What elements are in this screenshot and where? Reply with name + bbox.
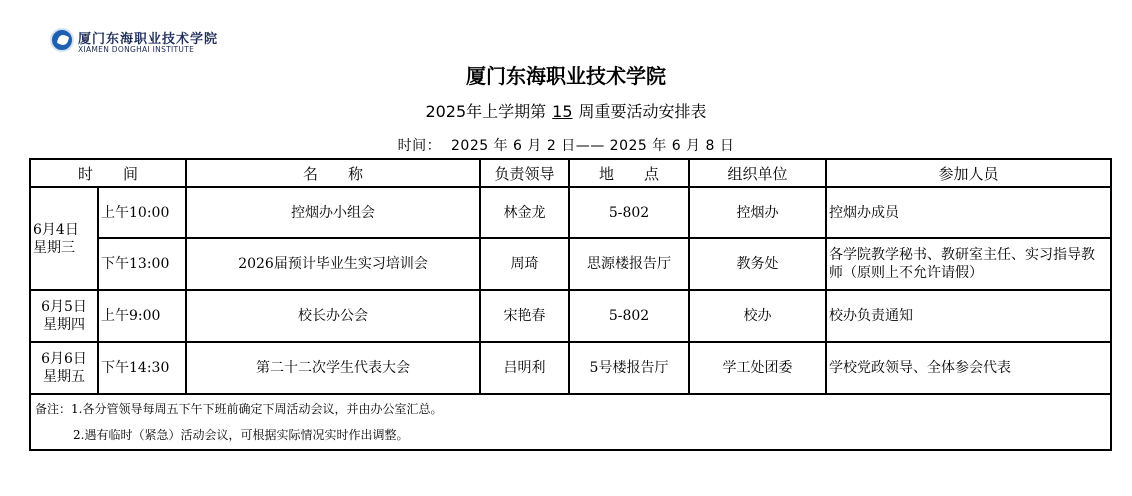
column-header-name: 名 称 (186, 159, 480, 187)
weekday-label: 星期三 (33, 239, 93, 257)
weekday-label: 星期五 (35, 368, 93, 386)
note-2: 2.遇有临时（紧急）活动会议，可根据实际情况实时作出调整。 (35, 422, 1106, 448)
notes-row: 备注：1.各分管领导每周五下午下班前确定下周活动会议，并由办公室汇总。 2.遇有… (30, 394, 1111, 450)
table-row: 6月4日 星期三 上午10:00 控烟办小组会 林金龙 5-802 控烟办 控烟… (30, 187, 1111, 238)
document-title: 厦门东海职业技术学院 (0, 60, 1132, 89)
time-cell: 下午13:00 (98, 238, 186, 290)
column-header-leader: 负责领导 (480, 159, 569, 187)
logo-name-en: XIAMEN DONGHAI INSTITUTE (78, 45, 194, 54)
leader-cell: 周琦 (480, 238, 569, 290)
event-name-cell: 第二十二次学生代表大会 (186, 342, 480, 394)
date-range: 时间： 2025 年 6 月 2 日—— 2025 年 6 月 8 日 (0, 135, 1132, 155)
location-cell: 5-802 (569, 290, 689, 342)
week-number: 15 (546, 102, 578, 121)
weekday-label: 星期四 (35, 316, 93, 334)
date-cell: 6月4日 星期三 (30, 187, 98, 290)
school-emblem-icon (50, 28, 74, 52)
table-row: 下午13:00 2026届预计毕业生实习培训会 周琦 思源楼报告厅 教务处 各学… (30, 238, 1111, 290)
column-header-participants: 参加人员 (826, 159, 1111, 187)
location-cell: 5-802 (569, 187, 689, 238)
school-logo: 厦门东海职业技术学院 XIAMEN DONGHAI INSTITUTE (50, 28, 210, 56)
notes-cell: 备注：1.各分管领导每周五下午下班前确定下周活动会议，并由办公室汇总。 2.遇有… (30, 394, 1111, 450)
date-cell: 6月6日 星期五 (30, 342, 98, 394)
leader-cell: 宋艳春 (480, 290, 569, 342)
document-subtitle: 2025年上学期第15周重要活动安排表 (0, 99, 1132, 122)
table-header-row: 时 间 名 称 负责领导 地 点 组织单位 参加人员 (30, 159, 1111, 187)
organizer-cell: 校办 (689, 290, 826, 342)
organizer-cell: 教务处 (689, 238, 826, 290)
participants-cell: 控烟办成员 (826, 187, 1111, 238)
participants-cell: 校办负责通知 (826, 290, 1111, 342)
time-cell: 上午9:00 (98, 290, 186, 342)
note-1: 备注：1.各分管领导每周五下午下班前确定下周活动会议，并由办公室汇总。 (35, 396, 1106, 422)
event-name-cell: 2026届预计毕业生实习培训会 (186, 238, 480, 290)
column-header-organizer: 组织单位 (689, 159, 826, 187)
location-cell: 5号楼报告厅 (569, 342, 689, 394)
time-cell: 下午14:30 (98, 342, 186, 394)
organizer-cell: 学工处团委 (689, 342, 826, 394)
location-cell: 思源楼报告厅 (569, 238, 689, 290)
column-header-time: 时 间 (30, 159, 186, 187)
event-name-cell: 控烟办小组会 (186, 187, 480, 238)
date-label: 6月6日 (35, 350, 93, 368)
time-cell: 上午10:00 (98, 187, 186, 238)
subtitle-prefix: 2025年上学期第 (425, 102, 546, 121)
subtitle-suffix: 周重要活动安排表 (579, 102, 707, 121)
date-cell: 6月5日 星期四 (30, 290, 98, 342)
date-label: 6月5日 (35, 298, 93, 316)
table-row: 6月6日 星期五 下午14:30 第二十二次学生代表大会 吕明利 5号楼报告厅 … (30, 342, 1111, 394)
leader-cell: 吕明利 (480, 342, 569, 394)
table-row: 6月5日 星期四 上午9:00 校长办公会 宋艳春 5-802 校办 校办负责通… (30, 290, 1111, 342)
participants-cell: 各学院教学秘书、教研室主任、实习指导教师（原则上不允许请假） (826, 238, 1111, 290)
organizer-cell: 控烟办 (689, 187, 826, 238)
schedule-table: 时 间 名 称 负责领导 地 点 组织单位 参加人员 6月4日 星期三 上午10… (29, 158, 1112, 451)
event-name-cell: 校长办公会 (186, 290, 480, 342)
participants-cell: 学校党政领导、全体参会代表 (826, 342, 1111, 394)
column-header-location: 地 点 (569, 159, 689, 187)
date-label: 6月4日 (33, 221, 93, 239)
leader-cell: 林金龙 (480, 187, 569, 238)
